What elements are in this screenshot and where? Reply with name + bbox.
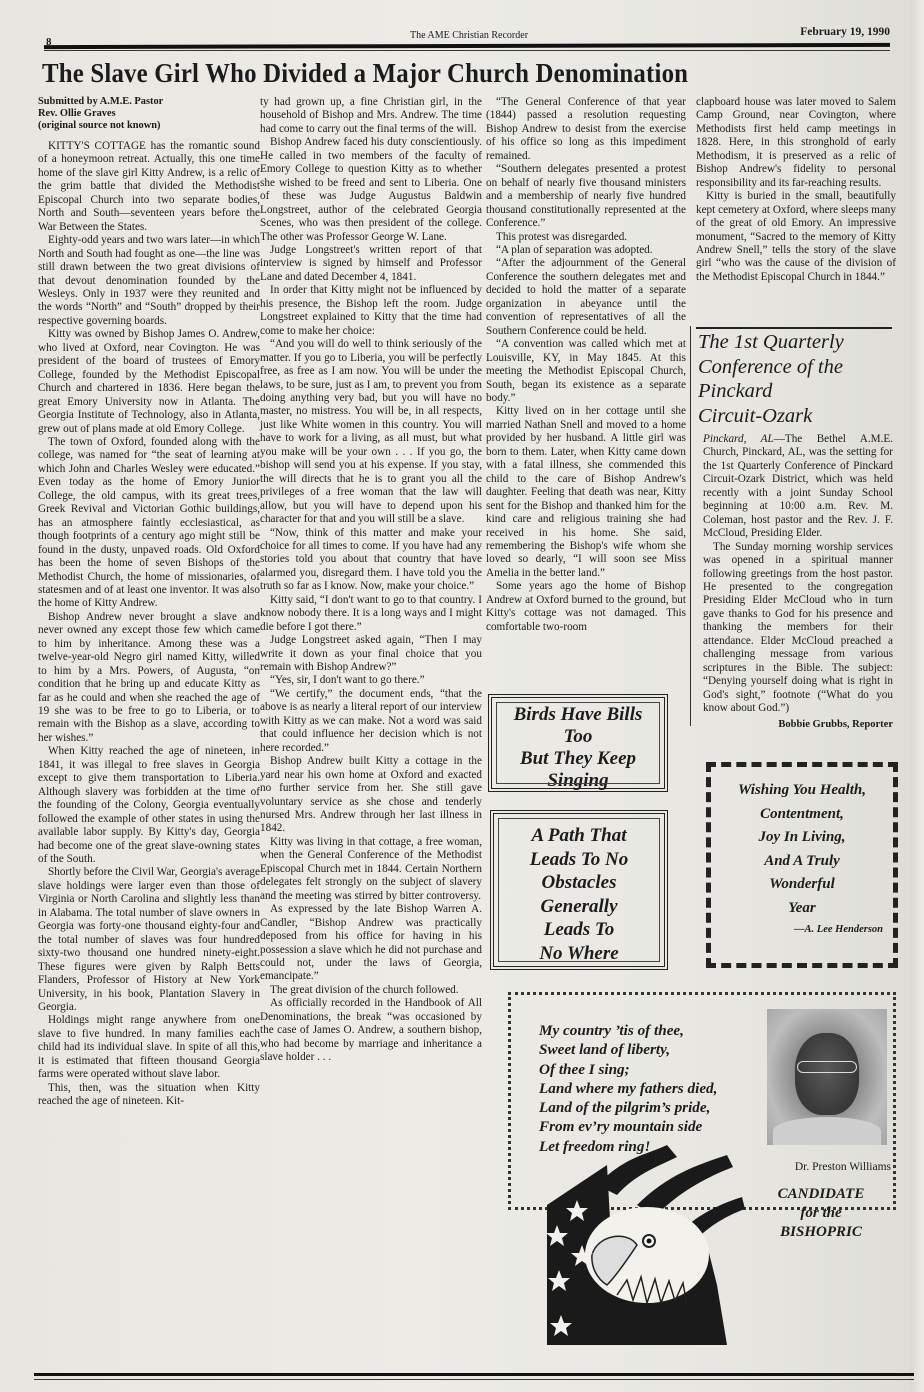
paragraph: “A convention was called which met at Lo… xyxy=(486,338,686,405)
byline: Submitted by A.M.E. Pastor Rev. Ollie Gr… xyxy=(38,96,260,132)
candidate-advertisement: My country ’tis of thee, Sweet land of l… xyxy=(508,992,896,1210)
paragraph: “A plan of separation was adopted. xyxy=(486,244,686,257)
section-rule xyxy=(696,327,892,329)
reporter-credit: Bobbie Grubbs, Reporter xyxy=(703,718,893,731)
poem: My country ’tis of thee, Sweet land of l… xyxy=(539,1021,717,1156)
paragraph: In order that Kitty might not be influen… xyxy=(260,284,482,338)
paragraph: Eighty-odd years and two wars later—in w… xyxy=(38,234,260,328)
paragraph: “Southern delegates presented a protest … xyxy=(486,163,686,230)
newspaper-page: 8 The AME Christian Recorder February 19… xyxy=(0,0,924,1392)
page-edge-shadow xyxy=(910,0,924,1392)
candidate-photo xyxy=(767,1009,887,1145)
paragraph: Kitty was owned by Bishop James O. Andre… xyxy=(38,328,260,436)
paragraph: Judge Longstreet asked again, “Then I ma… xyxy=(260,634,482,674)
greeting-author: —A. Lee Henderson xyxy=(711,923,893,937)
paragraph: “Yes, sir, I don't want to go there.” xyxy=(260,674,482,687)
paragraph: Pinckard, AL—The Bethel A.M.E. Church, P… xyxy=(703,433,893,541)
paragraph: “We certify,” the document ends, “that t… xyxy=(260,688,482,755)
article-column-3: “The General Conference of that year (18… xyxy=(486,96,686,634)
paragraph: Bishop Andrew never brought a slave and … xyxy=(38,611,260,746)
paragraph: Kitty is buried in the small, beautifull… xyxy=(696,190,896,284)
paragraph: Shortly before the Civil War, Georgia's … xyxy=(38,866,260,1014)
paragraph: Holdings might range anywhere from one s… xyxy=(38,1014,260,1081)
column-divider xyxy=(690,326,691,726)
paragraph: This, then, was the situation when Kitty… xyxy=(38,1082,260,1109)
paragraph: The town of Oxford, founded along with t… xyxy=(38,436,260,611)
page-header: 8 The AME Christian Recorder February 19… xyxy=(40,26,890,42)
candidate-title: CANDIDATE for the BISHOPRIC xyxy=(751,1185,891,1242)
paragraph: When Kitty reached the age of nineteen, … xyxy=(38,745,260,866)
footer-rule-thick xyxy=(34,1373,914,1376)
paragraph: “And you will do well to think seriously… xyxy=(260,338,482,526)
greeting-box: Wishing You Health, Contentment, Joy In … xyxy=(706,762,898,968)
paragraph: Kitty was living in that cottage, a free… xyxy=(260,836,482,903)
paragraph: Kitty said, “I don't want to go to that … xyxy=(260,594,482,634)
issue-date: February 19, 1990 xyxy=(800,26,890,38)
paragraph: “After the adjournment of the General Co… xyxy=(486,257,686,338)
paragraph: Some years ago the home of Bishop Andrew… xyxy=(486,580,686,634)
article-column-2: ty had grown up, a fine Christian girl, … xyxy=(260,96,482,1065)
article-headline: The Slave Girl Who Divided a Major Churc… xyxy=(42,58,796,89)
paragraph: “Now, think of this matter and make your… xyxy=(260,527,482,594)
paragraph: Bishop Andrew built Kitty a cottage in t… xyxy=(260,755,482,836)
paragraph: Kitty lived on in her cottage until she … xyxy=(486,405,686,580)
paragraph: As officially recorded in the Handbook o… xyxy=(260,997,482,1064)
dateline: Pinckard, AL xyxy=(703,433,774,445)
article-column-1: Submitted by A.M.E. Pastor Rev. Ollie Gr… xyxy=(38,96,260,1109)
publication-name: The AME Christian Recorder xyxy=(410,30,528,41)
paragraph: clapboard house was later moved to Salem… xyxy=(696,96,896,190)
footer-rule-thin xyxy=(34,1379,914,1380)
article-column-4: clapboard house was later moved to Salem… xyxy=(696,96,896,284)
paragraph: ty had grown up, a fine Christian girl, … xyxy=(260,96,482,136)
paragraph: The great division of the church followe… xyxy=(260,984,482,997)
eagle-flag-icon xyxy=(537,1145,751,1345)
paragraph: KITTY'S COTTAGE has the romantic sound o… xyxy=(38,140,260,234)
paragraph: “The General Conference of that year (18… xyxy=(486,96,686,163)
quote-box-path: A Path That Leads To No Obstacles Genera… xyxy=(490,810,668,970)
paragraph: Judge Longstreet's written report of tha… xyxy=(260,244,482,284)
header-rule-thick xyxy=(44,43,890,49)
photo-caption: Dr. Preston Williams xyxy=(767,1161,891,1173)
conference-headline: The 1st Quarterly Conference of the Pinc… xyxy=(698,330,898,428)
paragraph: Bishop Andrew faced his duty conscientio… xyxy=(260,136,482,244)
paragraph: This protest was disregarded. xyxy=(486,231,686,244)
quote-box-birds: Birds Have Bills Too But They Keep Singi… xyxy=(488,694,668,792)
paragraph: The Sunday morning worship services was … xyxy=(703,541,893,716)
header-rule-thin xyxy=(44,50,890,51)
conference-article: Pinckard, AL—The Bethel A.M.E. Church, P… xyxy=(703,433,893,731)
paragraph: As expressed by the late Bishop Warren A… xyxy=(260,903,482,984)
